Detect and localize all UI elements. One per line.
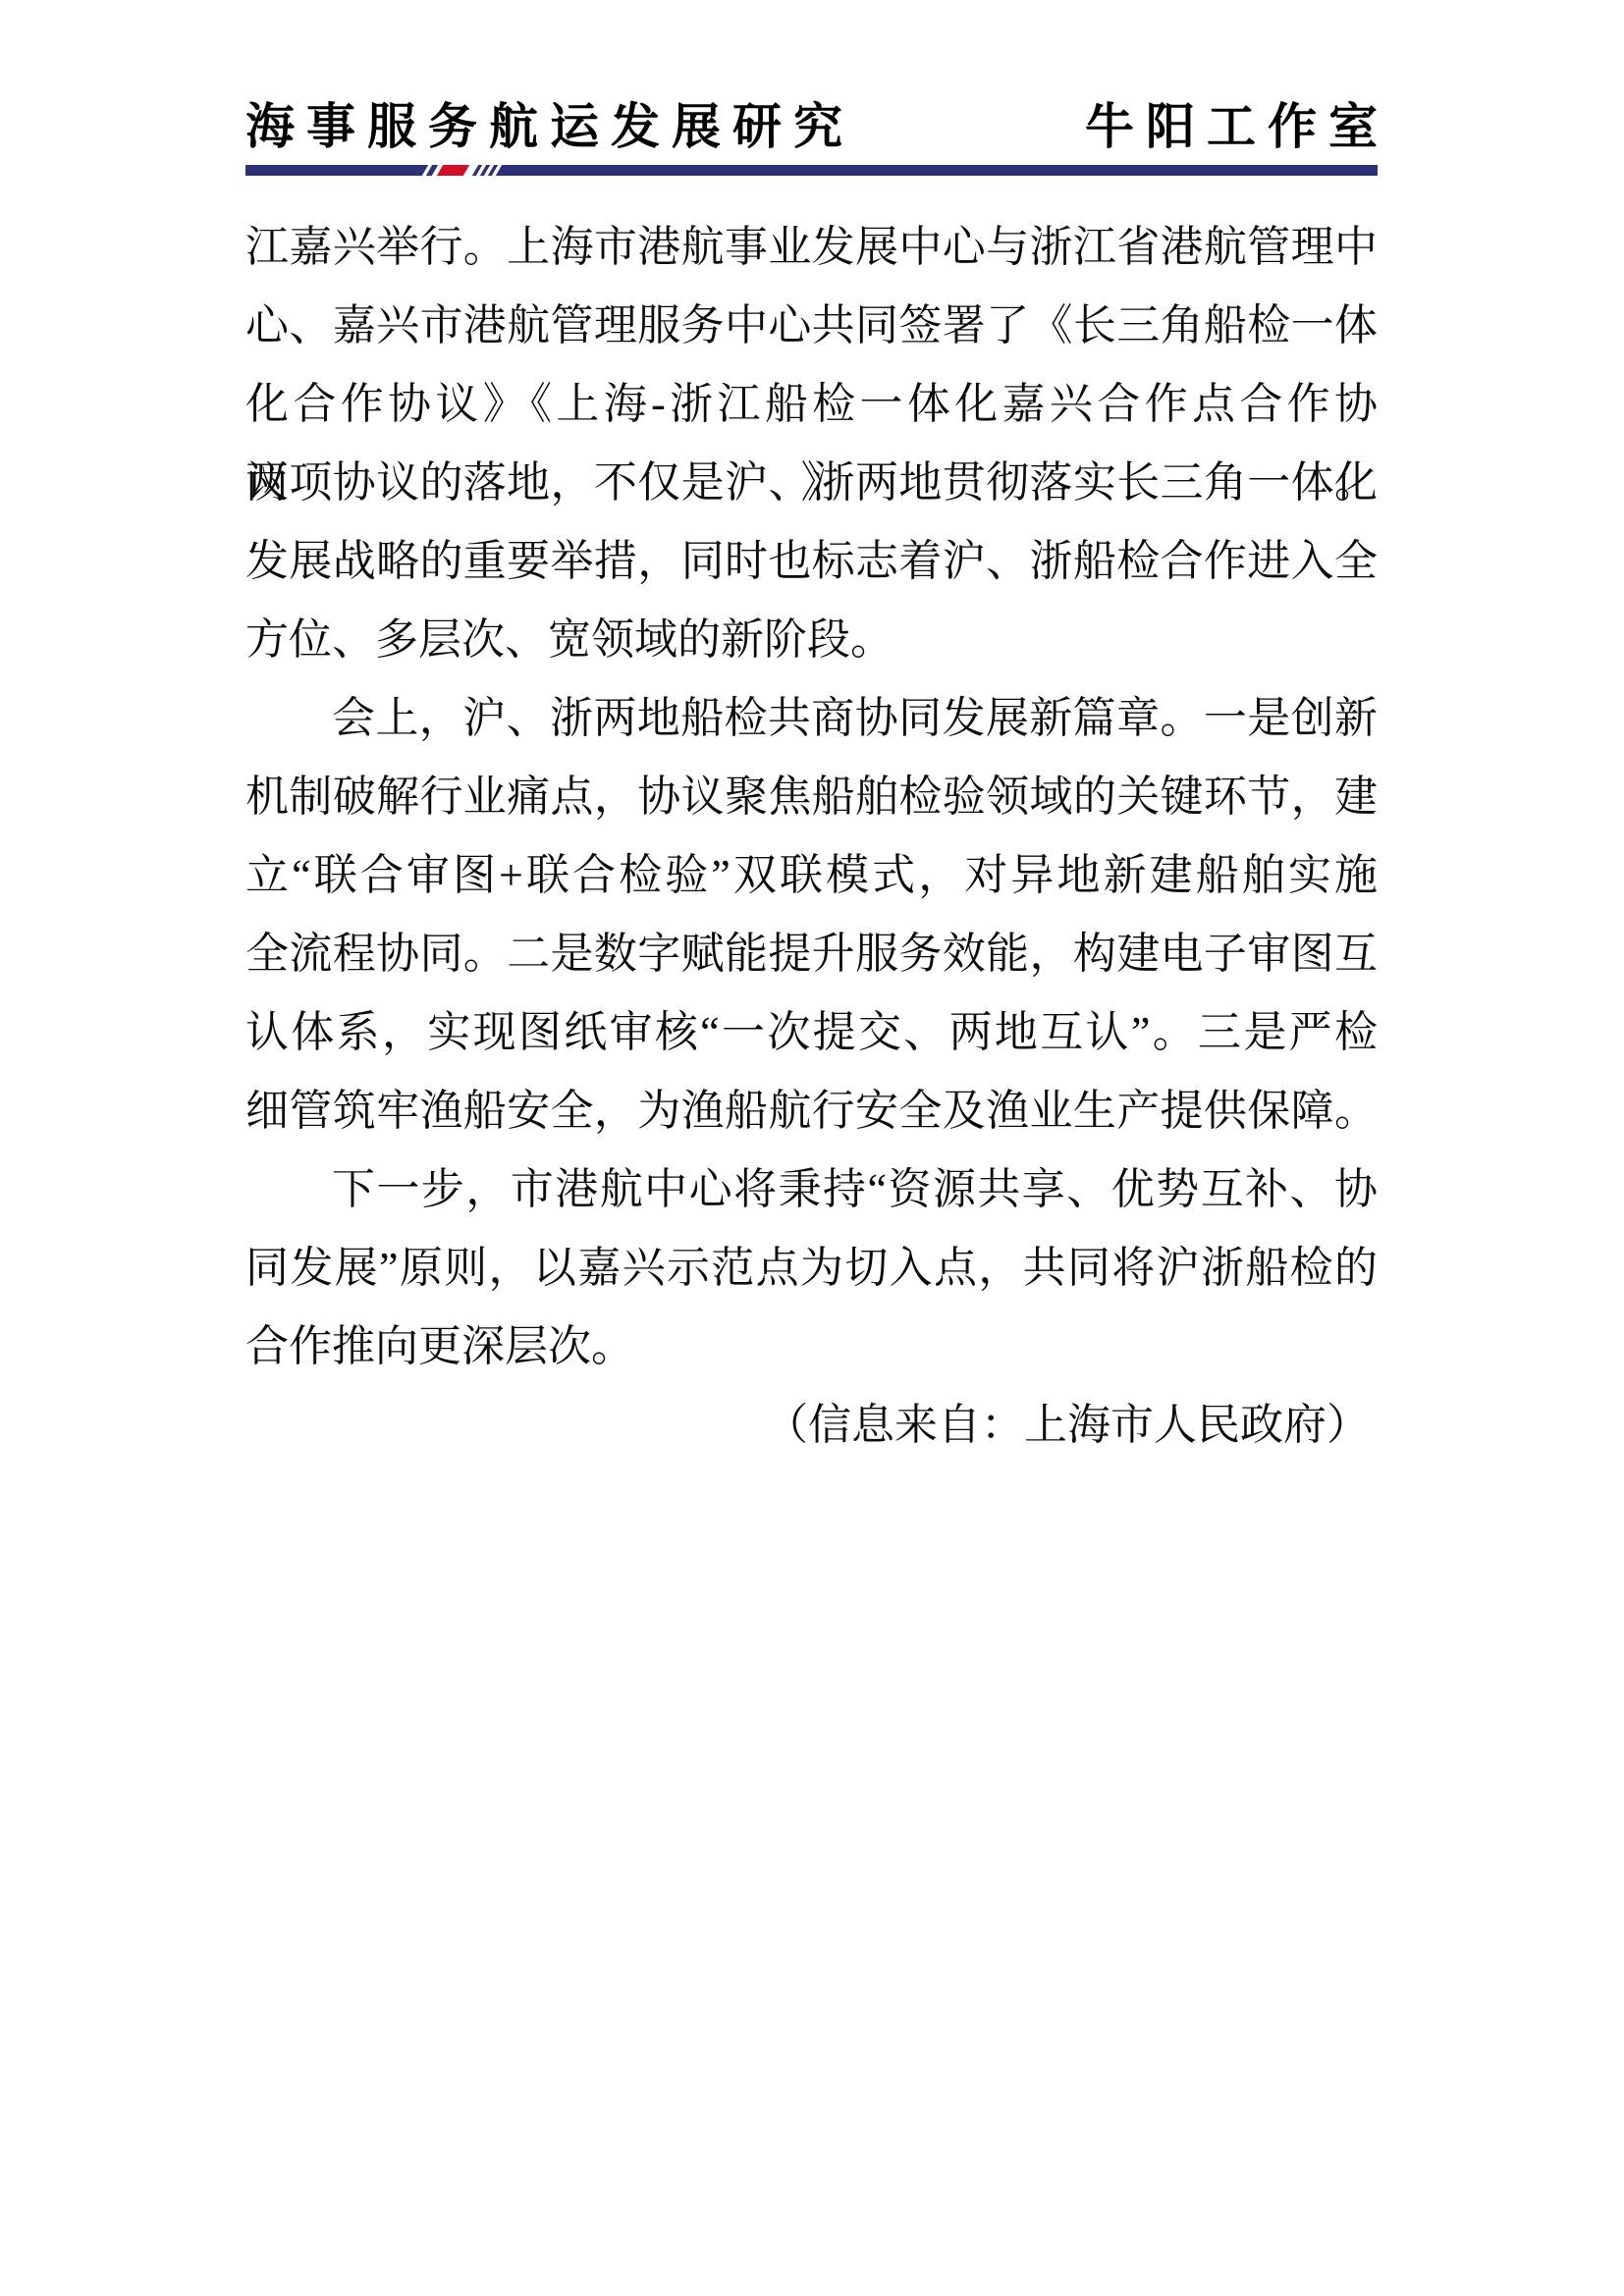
text-line: 合作推向更深层次。 (245, 1308, 1378, 1386)
header-left-title: 海事服务航运发展研究 (245, 98, 854, 155)
text-line: 细管筑牢渔船安全，为渔船航行安全及渔业生产提供保障。 (245, 1072, 1378, 1150)
article-body: 江嘉兴举行。上海市港航事业发展中心与浙江省港航管理中 心、嘉兴市港航管理服务中心… (245, 208, 1378, 1465)
text-line: 两项协议的落地，不仅是沪、浙两地贯彻落实长三角一体化 (245, 444, 1378, 522)
document-page: 海事服务航运发展研究 牛阳工作室 江嘉兴举行。上海市港航事业发展中心与浙江省港航… (0, 0, 1624, 2296)
text-line: 机制破解行业痛点，协议聚焦船舶检验领域的关键环节，建 (245, 758, 1378, 836)
text-line: 下一步，市港航中心将秉持“资源共享、优势互补、协 (245, 1150, 1378, 1229)
source-attribution-line: （信息来自：上海市人民政府） (245, 1386, 1378, 1465)
text-line: 化合作协议》《上海-浙江船检一体化嘉兴合作点合作协议》。 (245, 365, 1378, 444)
header-divider-bar (245, 165, 1378, 176)
text-line: 立“联合审图+联合检验”双联模式，对异地新建船舶实施 (245, 836, 1378, 915)
page-header: 海事服务航运发展研究 牛阳工作室 (245, 94, 1378, 155)
text-line: 江嘉兴举行。上海市港航事业发展中心与浙江省港航管理中 (245, 208, 1378, 287)
text-line: 认体系，实现图纸审核“一次提交、两地互认”。三是严检 (245, 993, 1378, 1072)
text-line: 会上，沪、浙两地船检共商协同发展新篇章。一是创新 (245, 679, 1378, 758)
text-line: 全流程协同。二是数字赋能提升服务效能，构建电子审图互 (245, 915, 1378, 993)
text-line: 发展战略的重要举措，同时也标志着沪、浙船检合作进入全 (245, 522, 1378, 601)
text-line: 心、嘉兴市港航管理服务中心共同签署了《长三角船检一体 (245, 287, 1378, 365)
text-line: 方位、多层次、宽领域的新阶段。 (245, 601, 1378, 679)
text-line: 同发展”原则，以嘉兴示范点为切入点，共同将沪浙船检的 (245, 1229, 1378, 1308)
header-right-title: 牛阳工作室 (1085, 98, 1389, 155)
